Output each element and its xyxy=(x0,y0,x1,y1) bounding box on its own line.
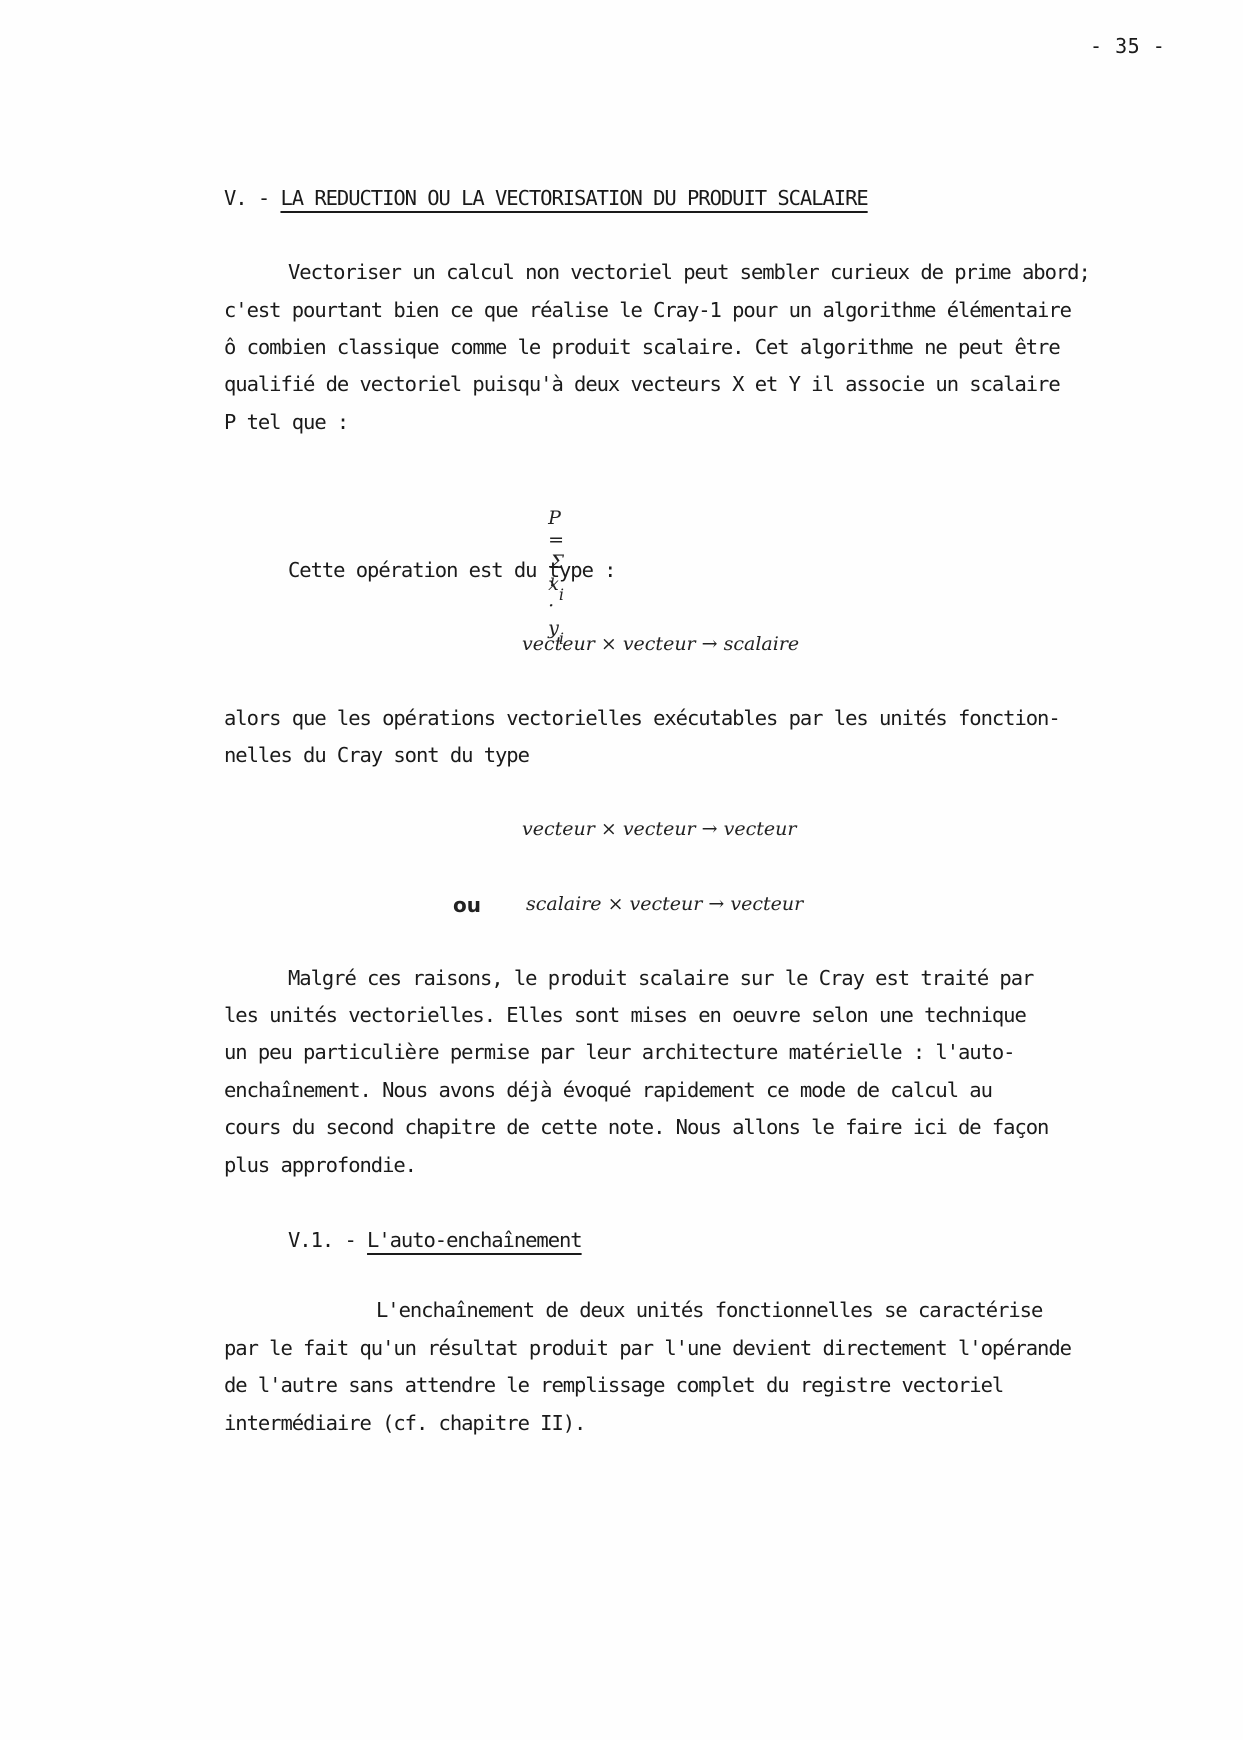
formula-x-index: i xyxy=(559,585,564,604)
text-line: un peu particulière permise par leur arc… xyxy=(224,1042,1014,1063)
text-line: plus approfondie. xyxy=(224,1155,416,1176)
document-page: - 35 - V. - LA REDUCTION OU LA VECTORISA… xyxy=(0,0,1243,1740)
subsection-number: V.1. - xyxy=(288,1228,367,1252)
formula-equals: = xyxy=(548,529,564,551)
text-line: par le fait qu'un résultat produit par l… xyxy=(224,1338,1071,1359)
section-number: V. - xyxy=(224,186,280,210)
section-heading: V. - LA REDUCTION OU LA VECTORISATION DU… xyxy=(224,186,868,210)
subsection-heading: V.1. - L'auto-enchaînement xyxy=(288,1228,582,1252)
text-line: cours du second chapitre de cette note. … xyxy=(224,1117,1048,1138)
subsection-title: L'auto-enchaînement xyxy=(367,1228,582,1252)
section-title: LA REDUCTION OU LA VECTORISATION DU PROD… xyxy=(280,186,867,210)
text-line: nelles du Cray sont du type xyxy=(224,745,529,766)
text-line: qualifié de vectoriel puisqu'à deux vect… xyxy=(224,374,1060,395)
text-line: c'est pourtant bien ce que réalise le Cr… xyxy=(224,300,1071,321)
text-line: alors que les opérations vectorielles ex… xyxy=(224,708,1060,729)
operation-scalar-result: vecteur × vecteur → scalaire xyxy=(522,633,799,655)
type-intro: Cette opération est du type : xyxy=(288,560,615,581)
text-line: L'enchaînement de deux unités fonctionne… xyxy=(376,1300,1042,1321)
text-line: Malgré ces raisons, le produit scalaire … xyxy=(288,968,1033,989)
or-label: ou xyxy=(453,893,481,917)
text-line: intermédiaire (cf. chapitre II). xyxy=(224,1413,585,1434)
operation-scalar-vector: scalaire × vecteur → vecteur xyxy=(526,893,803,915)
formula-dot: · xyxy=(548,595,554,617)
page-number: - 35 - xyxy=(1090,34,1165,58)
operation-vector-vector: vecteur × vecteur → vecteur xyxy=(522,818,796,840)
text-line: les unités vectorielles. Elles sont mise… xyxy=(224,1005,1026,1026)
text-line: de l'autre sans attendre le remplissage … xyxy=(224,1375,1003,1396)
text-line: P tel que : xyxy=(224,412,348,433)
text-line: enchaînement. Nous avons déjà évoqué rap… xyxy=(224,1080,992,1101)
text-line: Vectoriser un calcul non vectoriel peut … xyxy=(288,262,1090,283)
formula-lhs: P xyxy=(548,507,561,529)
text-line: ô combien classique comme le produit sca… xyxy=(224,337,1060,358)
